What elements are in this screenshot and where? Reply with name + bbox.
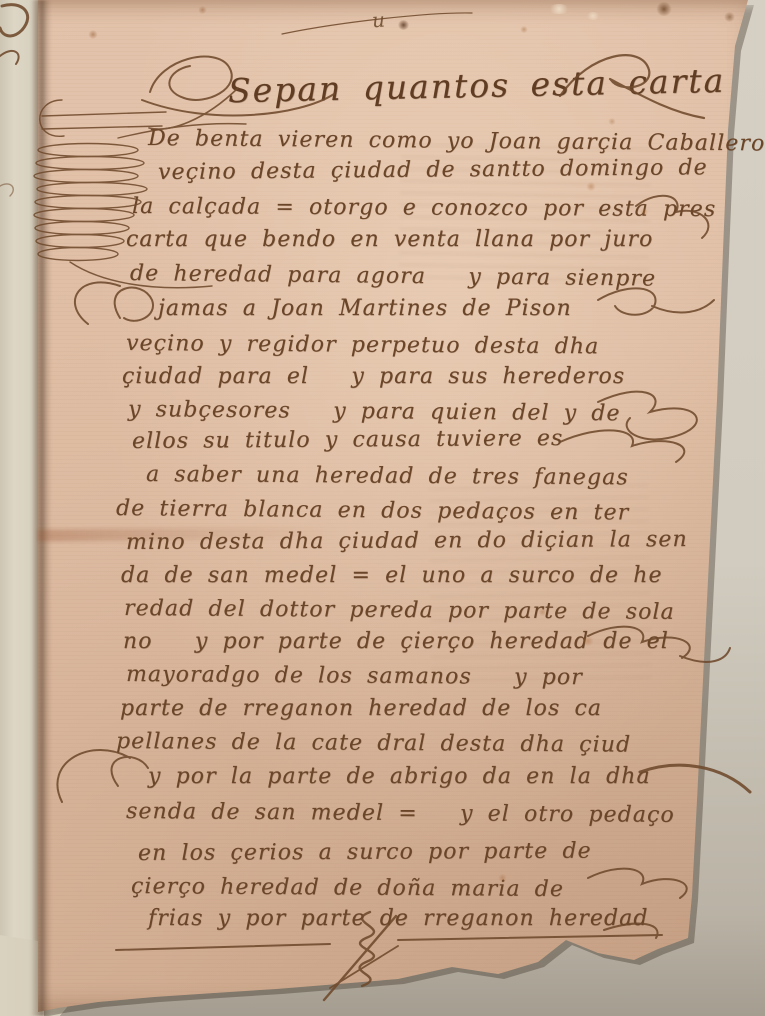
manuscript-line: y por la parte de abrigo da en la dha: [148, 764, 651, 789]
manuscript-line: veçino desta çiudad de santto domingo de: [158, 155, 708, 185]
manuscript-line: parte de rreganon heredad de los ca: [120, 696, 602, 721]
manuscript-line: de tierra blanca en dos pedaços en ter: [116, 496, 629, 525]
stain-spot: [608, 118, 616, 125]
stain-spot: [582, 636, 594, 646]
stain-spot: [398, 20, 409, 30]
stain-spot: [640, 208, 648, 216]
stain-spot: [88, 30, 98, 39]
binding-gutter-shadow: [30, 0, 52, 1016]
manuscript-line: da de san medel = el uno a surco de he: [121, 563, 663, 588]
stain-spot: [586, 182, 596, 191]
stain-spot: [538, 608, 547, 616]
stain-spot: [520, 26, 528, 33]
manuscript-line: la calçada = otorgo e conozco por esta p…: [132, 194, 716, 222]
manuscript-line: senda de san medel = y el otro pedaço: [126, 799, 675, 828]
manuscript-line: pellanes de la cate dral desta dha çiud: [116, 729, 631, 758]
manuscript-line: mino desta dha çiudad en do diçian la se…: [126, 527, 688, 555]
manuscript-photo: u Sepan quantos esta carta De benta vier…: [0, 0, 765, 1016]
stain-spot: [724, 12, 735, 22]
stain-spot: [498, 874, 507, 882]
manuscript-line: jamas a Joan Martines de Pison: [158, 296, 572, 321]
manuscript-line: en los çerios a surco por parte de: [138, 839, 592, 866]
stain-spot: [198, 6, 207, 14]
manuscript-line: redad del dottor pereda por parte de sol…: [124, 596, 675, 625]
manuscript-line: mayoradgo de los samanos y por: [126, 662, 583, 690]
manuscript-line: çiudad para el y para sus herederos: [122, 364, 625, 389]
paper-chip: [548, 4, 570, 14]
manuscript-line: a saber una heredad de tres fanegas: [146, 462, 629, 490]
manuscript-line: veçino y regidor perpetuo desta dha: [126, 331, 599, 359]
manuscript-line: y subçesores y para quien del y de: [128, 397, 621, 426]
manuscript-line: ellos su titulo y causa tuviere es: [132, 426, 564, 454]
paper-chip: [586, 12, 600, 20]
manuscript-line: carta que bendo en venta llana por juro: [126, 227, 653, 252]
manuscript-line: frias y por parte de rreganon heredad: [148, 906, 649, 931]
stain-spot: [656, 2, 672, 16]
folio-mark: u: [371, 8, 386, 33]
